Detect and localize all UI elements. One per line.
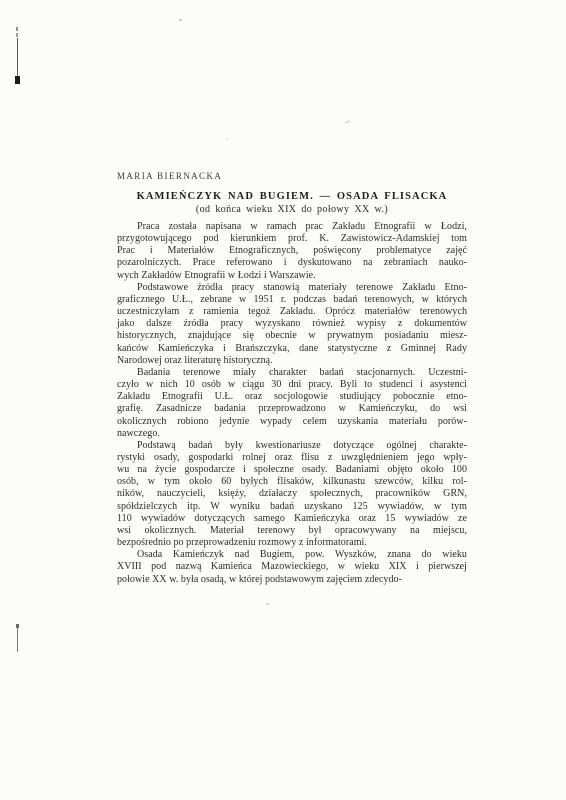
text-line: wych Zakładów Etnografii w Łodzi i Warsz… xyxy=(117,270,467,282)
paragraph: Podstawą badań były kwestionariusze doty… xyxy=(117,440,467,549)
text-line: wu na życie gospodarcze i społeczne osad… xyxy=(117,464,467,476)
body-text: Praca została napisana w ramach prac Zak… xyxy=(117,221,467,586)
scan-edge-line xyxy=(17,38,19,77)
scan-edge-mark xyxy=(16,27,18,31)
text-line: Podstawowe źródła pracy stanowią materia… xyxy=(117,282,467,294)
scan-speck xyxy=(226,138,228,140)
scanned-document-page: MARIA BIERNACKA KAMIEŃCZYK NAD BUGIEM. —… xyxy=(0,0,566,800)
text-line: Podstawą badań były kwestionariusze doty… xyxy=(117,440,467,452)
text-line: osób, w tym około 60 byłych flisaków, ki… xyxy=(117,476,467,488)
scan-edge-blot xyxy=(15,76,20,84)
paragraph: Podstawowe źródła pracy stanowią materia… xyxy=(117,282,467,367)
text-line: uczestniczyłam z ramienia tegoż Zakładu.… xyxy=(117,306,467,318)
text-line: Osada Kamieńczyk nad Bugiem, pow. Wyszkó… xyxy=(117,549,467,561)
text-line: XVIII pod nazwą Kamieńca Mazowieckiego, … xyxy=(117,561,467,573)
text-line: graficznego U.Ł., zebrane w 1951 r. podc… xyxy=(117,294,467,306)
text-line: nawczego. xyxy=(117,428,467,440)
scan-edge-line xyxy=(17,627,18,652)
text-line: Praca została napisana w ramach prac Zak… xyxy=(117,221,467,233)
author-name: MARIA BIERNACKA xyxy=(117,171,467,181)
scan-speck xyxy=(345,120,350,124)
text-line: Prac i Materiałów Etnograficznych, poświ… xyxy=(117,245,467,257)
paragraph: Badania terenowe miały charakter badań s… xyxy=(117,367,467,440)
text-line: grafię. Zasadnicze badania przeprowadzon… xyxy=(117,403,467,415)
scan-speck xyxy=(266,603,269,605)
text-line: Narodowej oraz literaturę historyczną. xyxy=(117,355,467,367)
text-line: jako dalsze źródła pracy wyzyskano równi… xyxy=(117,318,467,330)
scan-edge-mark xyxy=(16,33,18,37)
scan-edge-mark xyxy=(16,624,19,628)
text-line: okolicznych robiono jedynie wypady celem… xyxy=(117,416,467,428)
text-block: MARIA BIERNACKA KAMIEŃCZYK NAD BUGIEM. —… xyxy=(117,171,467,586)
text-line: wsi okolicznych. Materiał terenowy był o… xyxy=(117,525,467,537)
scan-speck xyxy=(179,19,182,21)
text-line: rystyki osady, gospodarki rolnej oraz fl… xyxy=(117,452,467,464)
paragraph: Osada Kamieńczyk nad Bugiem, pow. Wyszkó… xyxy=(117,549,467,585)
text-line: Badania terenowe miały charakter badań s… xyxy=(117,367,467,379)
paragraph: Praca została napisana w ramach prac Zak… xyxy=(117,221,467,282)
text-line: 110 wywiadów dotyczących samego Kamieńcz… xyxy=(117,513,467,525)
text-line: ników, nauczycieli, księży, działaczy sp… xyxy=(117,488,467,500)
text-line: przygotowującego pod kierunkiem prof. K.… xyxy=(117,233,467,245)
text-line: bezpośrednio po przeprowadzeniu rozmowy … xyxy=(117,537,467,549)
text-line: historycznych, znajdujące się obecnie w … xyxy=(117,330,467,342)
text-line: pozarolniczych. Prace referowano i dysku… xyxy=(117,257,467,269)
text-line: kańców Kamieńczyka i Brańszczyka, dane s… xyxy=(117,343,467,355)
text-line: spółdzielczych itp. W wyniku badań uzysk… xyxy=(117,501,467,513)
article-subtitle: (od końca wieku XIX do połowy XX w.) xyxy=(117,204,467,216)
article-title: KAMIEŃCZYK NAD BUGIEM. — OSADA FLISACKA xyxy=(117,190,467,203)
text-line: Zakładu Etnografii U.Ł. oraz socjologowi… xyxy=(117,391,467,403)
text-line: połowie XX w. była osadą, w której podst… xyxy=(117,574,467,586)
text-line: czyło w nich 10 osób w ciągu 30 dni prac… xyxy=(117,379,467,391)
